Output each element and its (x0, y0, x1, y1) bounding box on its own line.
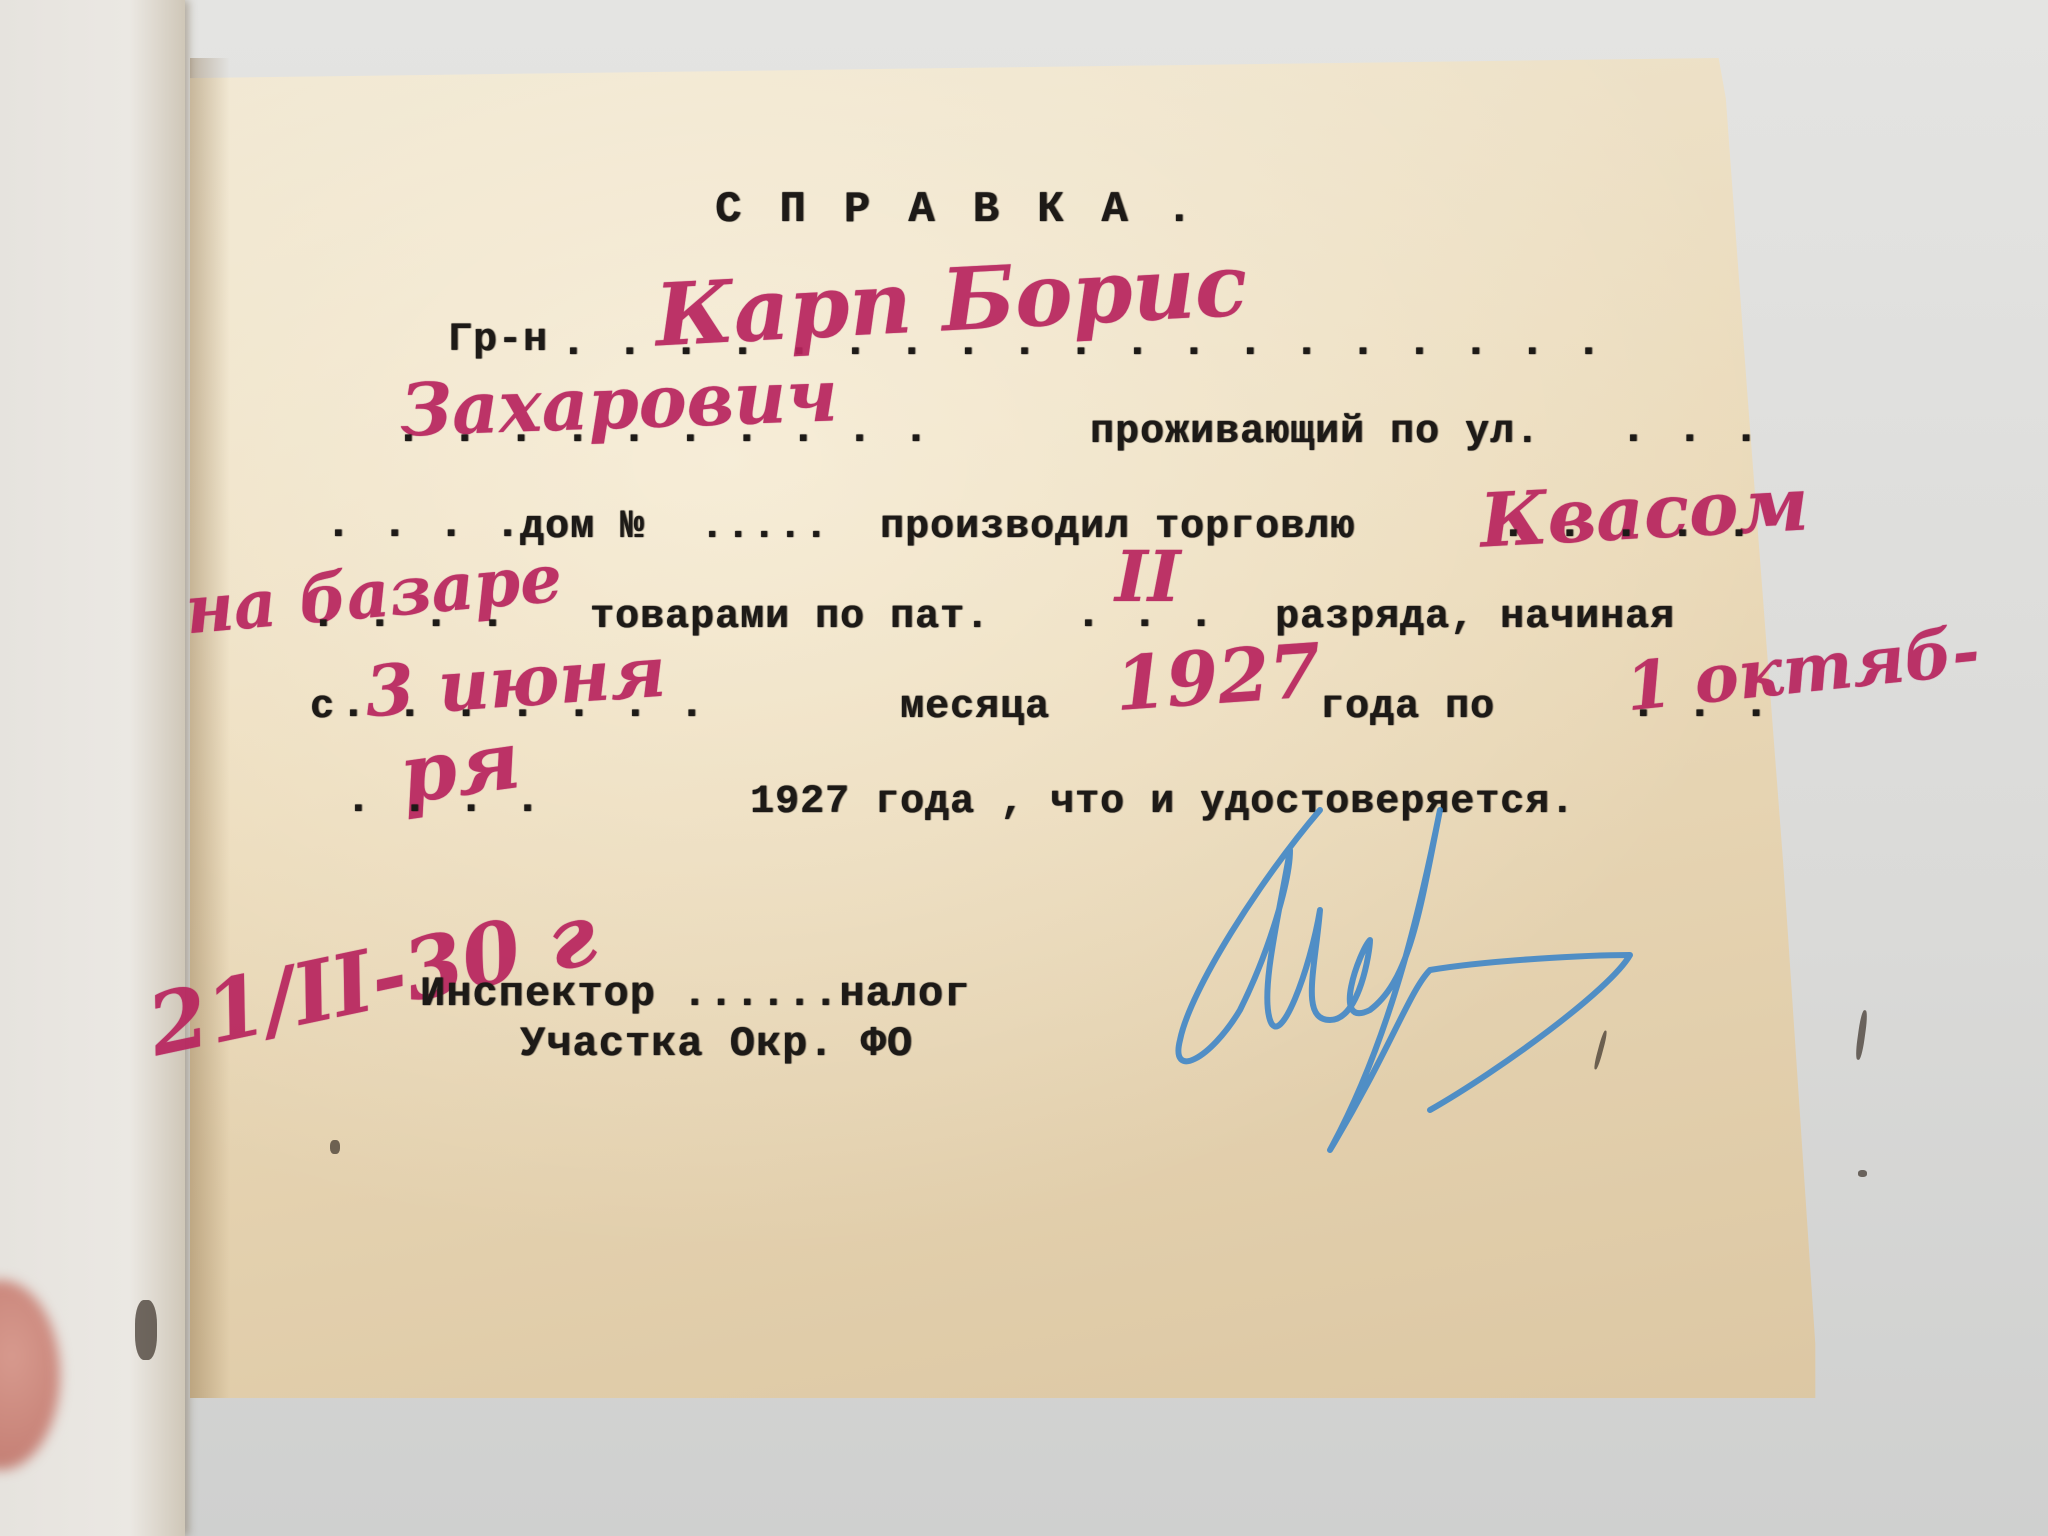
typed-category-starting: разряда, начиная (1275, 595, 1675, 640)
fill-dots: .... (345, 775, 571, 825)
ink-speck (1858, 1170, 1867, 1177)
fill-dots: ....... (340, 680, 735, 730)
typed-year-until: года по (1320, 685, 1495, 730)
fill-dots: ..... (700, 505, 830, 550)
fill-dots: ... (1630, 680, 1799, 730)
paper-edge-shadow (190, 58, 230, 1398)
document-title: СПРАВКА. (715, 185, 1230, 235)
typed-citizen-label: Гр-н (448, 318, 548, 363)
typed-month: месяца (900, 685, 1050, 730)
ink-smudge (135, 1300, 157, 1360)
fill-dots: ... (1620, 405, 1789, 455)
typed-residing-on-street: проживающий по ул. (1090, 410, 1540, 455)
fill-dots: ..... (1500, 500, 1782, 550)
typed-district: Участка Окр. ФО (520, 1020, 913, 1068)
ink-speck (330, 1140, 340, 1154)
typed-from: с (310, 685, 335, 730)
fill-dots: ... (1075, 590, 1244, 640)
handwritten-start-year: 1927 (1112, 628, 1323, 728)
fill-dots: .... (310, 590, 536, 640)
signature (1170, 790, 1770, 1170)
fill-dots: .......... (395, 405, 959, 455)
typed-inspector: Инспектор ......налог (420, 970, 970, 1018)
